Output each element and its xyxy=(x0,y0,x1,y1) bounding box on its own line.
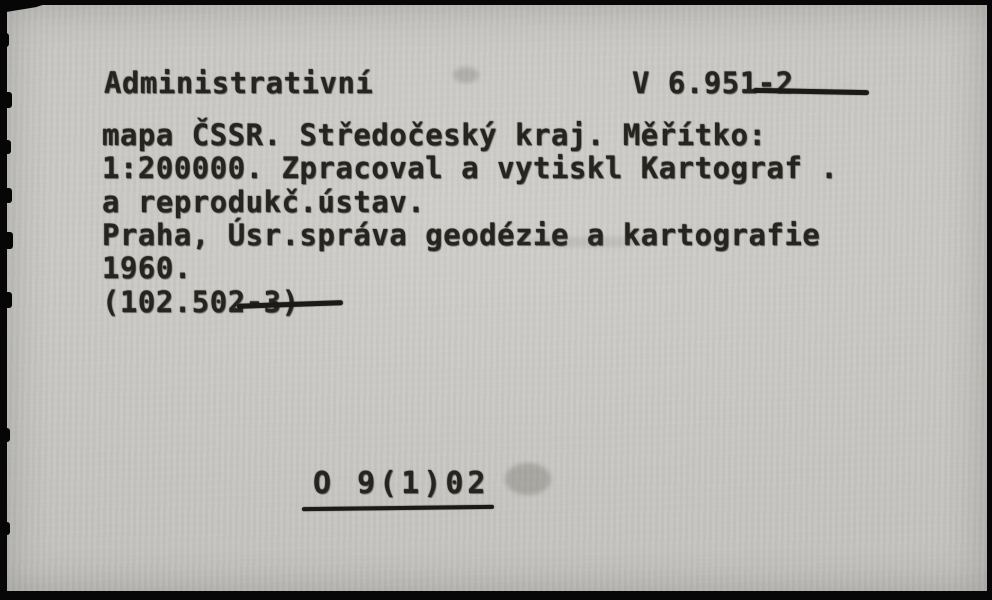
ink-smudge xyxy=(505,463,551,495)
collation-prefix: (102.502 xyxy=(102,285,246,319)
bibliographic-line-title: mapa ČSSR. Středočeský kraj. Měřítko: xyxy=(102,119,767,152)
call-number-value: V 6.951 xyxy=(632,66,758,100)
bibliographic-line-publisher-cont: a reprodukč.ústav. xyxy=(102,186,425,219)
scan-edge-artifact xyxy=(0,92,12,108)
scan-edge-artifact xyxy=(0,522,10,535)
scan-edge-artifact xyxy=(0,292,12,308)
call-number: V 6.951-2 xyxy=(632,67,794,100)
bibliographic-line-imprint: Praha, Úsr.správa geodézie a kartografie xyxy=(102,219,820,252)
ink-smudge xyxy=(453,67,479,83)
scan-edge-artifact xyxy=(0,188,12,203)
catalog-card-paper: Administrativní V 6.951-2 mapa ČSSR. Stř… xyxy=(7,5,987,591)
scan-edge-artifact xyxy=(0,428,10,442)
scanned-catalog-card: Administrativní V 6.951-2 mapa ČSSR. Stř… xyxy=(0,0,992,600)
scan-edge-artifact xyxy=(0,33,9,47)
bibliographic-line-year: 1960. xyxy=(102,252,192,285)
subject-heading: Administrativní xyxy=(104,67,373,100)
scan-edge-artifact xyxy=(0,232,13,249)
classification-number: O 9(1)02 xyxy=(313,467,490,500)
call-number-cancelled-suffix: -2 xyxy=(758,66,794,100)
bibliographic-line-scale-publisher: 1:200000. Zpracoval a vytiskl Kartograf … xyxy=(102,152,838,185)
classification-underline-mark xyxy=(302,505,494,511)
scan-edge-artifact xyxy=(0,140,11,154)
